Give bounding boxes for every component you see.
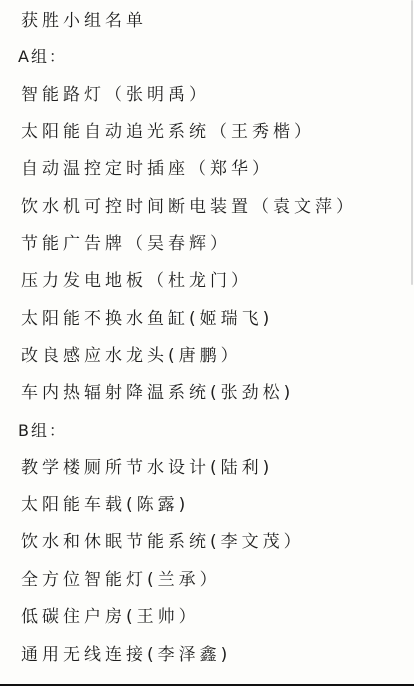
list-item: 教学楼厕所节水设计(陆利) [21,456,273,480]
list-item: 饮水机可控时间断电装置（袁文萍） [21,195,357,219]
list-item: 通用无线连接(李泽鑫) [21,643,231,667]
group-a-heading: A组： [18,45,67,69]
list-item: 全方位智能灯(兰承） [21,568,221,592]
list-item: 节能广告牌（吴春辉） [21,232,231,256]
list-item: 太阳能自动追光系统（王秀楷） [21,120,315,144]
list-item: 太阳能车载(陈露) [21,493,189,517]
document-page: 获胜小组名单 A组： 智能路灯（张明禹） 太阳能自动追光系统（王秀楷） 自动温控… [0,0,410,684]
group-b-heading: B组： [18,419,67,443]
list-item: 低碳住户房(王帅） [21,605,200,629]
list-item: 改良感应水龙头(唐鹏） [21,344,242,368]
list-item: 压力发电地板（杜龙门） [21,269,252,293]
list-item: 太阳能不换水鱼缸(姬瑞飞) [21,307,273,331]
document-title: 获胜小组名单 [21,9,147,33]
list-item: 饮水和休眠节能系统(李文茂） [21,530,305,554]
list-item: 自动温控定时插座（郑华） [21,157,273,181]
list-item: 车内热辐射降温系统(张劲松) [21,381,294,405]
scrollbar-thumb[interactable] [411,0,413,285]
list-item: 智能路灯（张明禹） [21,83,210,107]
